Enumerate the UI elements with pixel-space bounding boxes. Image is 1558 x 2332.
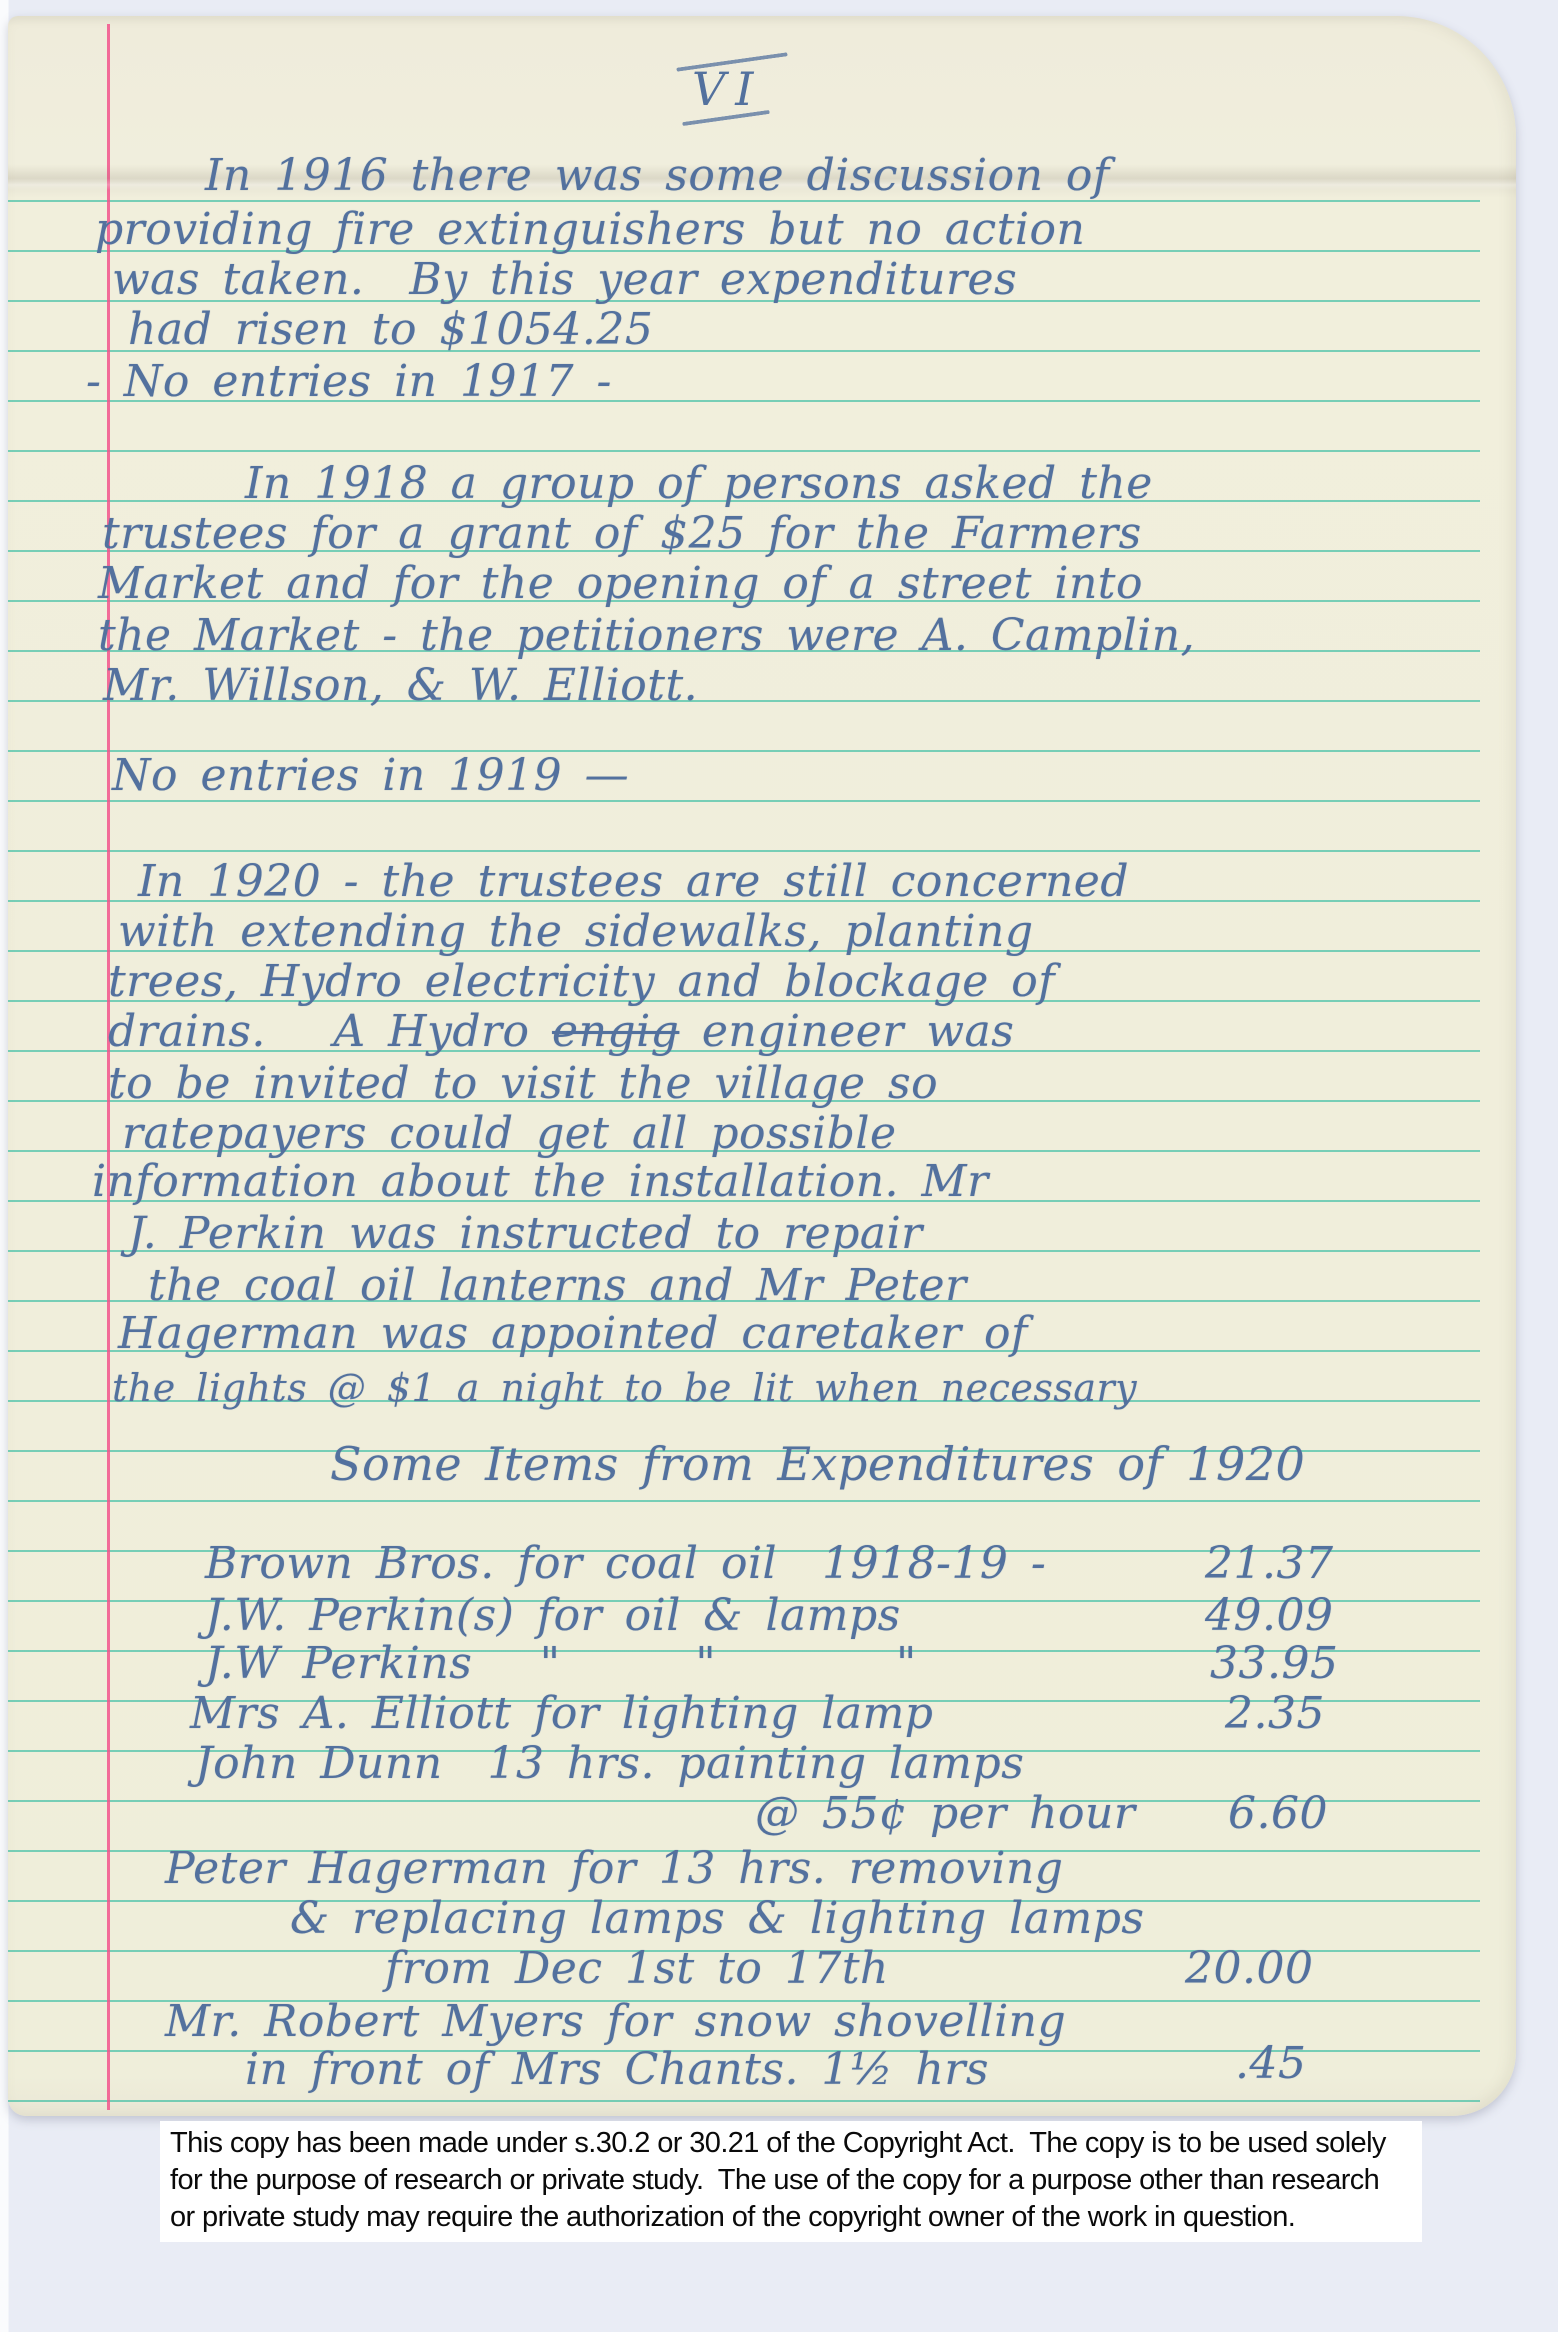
handwriting-line: Mrs A. Elliott for lighting lamp — [190, 1690, 933, 1738]
scan-background: VI In 1916 there was some discussion ofp… — [0, 0, 1558, 2332]
handwriting-line: Mr. Willson, & W. Elliott. — [103, 662, 698, 710]
handwriting-segment: engineer was — [679, 1006, 1014, 1057]
section-heading: Some Items from Expenditures of 1920 — [330, 1440, 1305, 1488]
handwriting-line: - No entries in 1917 - — [86, 358, 612, 406]
handwriting-line: Mr. Robert Myers for snow shovelling — [165, 1998, 1066, 2046]
handwriting-line: the coal oil lanterns and Mr Peter — [148, 1262, 967, 1310]
handwriting-segment: drains. A Hydro — [108, 1006, 552, 1057]
handwriting-line: John Dunn 13 hrs. painting lamps — [195, 1740, 1024, 1788]
handwriting-line: the Market - the petitioners were A. Cam… — [98, 612, 1195, 660]
copyright-notice: This copy has been made under s.30.2 or … — [160, 2121, 1422, 2242]
handwriting-line: had risen to $1054.25 — [128, 306, 653, 354]
handwriting-line: Brown Bros. for coal oil 1918-19 - — [205, 1540, 1046, 1588]
expenditure-amount: 2.35 — [1225, 1690, 1325, 1738]
handwriting-line: @ 55¢ per hour — [755, 1790, 1135, 1838]
handwriting-line: J.W. Perkin(s) for oil & lamps — [205, 1592, 901, 1640]
handwriting-line: information about the installation. Mr — [92, 1158, 989, 1206]
handwriting-line: trees, Hydro electricity and blockage of — [108, 958, 1055, 1006]
handwriting-line: In 1920 - the trustees are still concern… — [138, 858, 1129, 906]
handwriting-line: drains. A Hydro engig engineer was — [108, 1008, 1014, 1056]
expenditure-amount: 6.60 — [1228, 1790, 1328, 1838]
copyright-line: This copy has been made under s.30.2 or … — [170, 2125, 1412, 2162]
handwriting-line: J. Perkin was instructed to repair — [128, 1210, 923, 1258]
expenditure-amount: 33.95 — [1210, 1640, 1338, 1688]
expenditure-amount: .45 — [1235, 2040, 1306, 2088]
handwriting-line: in front of Mrs Chants. 1½ hrs — [245, 2046, 989, 2094]
handwriting-line: J.W Perkins " " " — [205, 1640, 917, 1688]
handwriting-line: was taken. By this year expenditures — [112, 256, 1017, 304]
handwriting-line: Peter Hagerman for 13 hrs. removing — [165, 1845, 1063, 1893]
handwriting-line: No entries in 1919 — — [112, 752, 629, 800]
handwriting-line: ratepayers could get all possible — [122, 1110, 896, 1158]
handwriting-line: with extending the sidewalks, planting — [118, 908, 1034, 956]
handwriting-line: In 1916 there was some discussion of — [205, 152, 1110, 200]
handwriting-line: to be invited to visit the village so — [108, 1060, 938, 1108]
handwriting-segment: engig — [552, 1006, 679, 1057]
expenditure-amount: 21.37 — [1205, 1540, 1333, 1588]
handwriting-line: In 1918 a group of persons asked the — [245, 460, 1153, 508]
handwriting-line: from Dec 1st to 17th — [385, 1945, 889, 1993]
handwriting-line: trustees for a grant of $25 for the Farm… — [102, 510, 1142, 558]
handwriting-line: providing fire extinguishers but no acti… — [95, 206, 1085, 254]
handwriting-layer: In 1916 there was some discussion ofprov… — [0, 0, 1558, 2332]
handwriting-line: Market and for the opening of a street i… — [98, 560, 1143, 608]
handwriting-line: & replacing lamps & lighting lamps — [290, 1895, 1144, 1943]
expenditure-amount: 20.00 — [1185, 1945, 1313, 1993]
expenditure-amount: 49.09 — [1205, 1592, 1333, 1640]
handwriting-line: Hagerman was appointed caretaker of — [118, 1310, 1028, 1358]
copyright-line: or private study may require the authori… — [170, 2199, 1412, 2236]
copyright-line: for the purpose of research or private s… — [170, 2162, 1412, 2199]
handwriting-line: the lights @ $1 a night to be lit when n… — [112, 1364, 1137, 1412]
